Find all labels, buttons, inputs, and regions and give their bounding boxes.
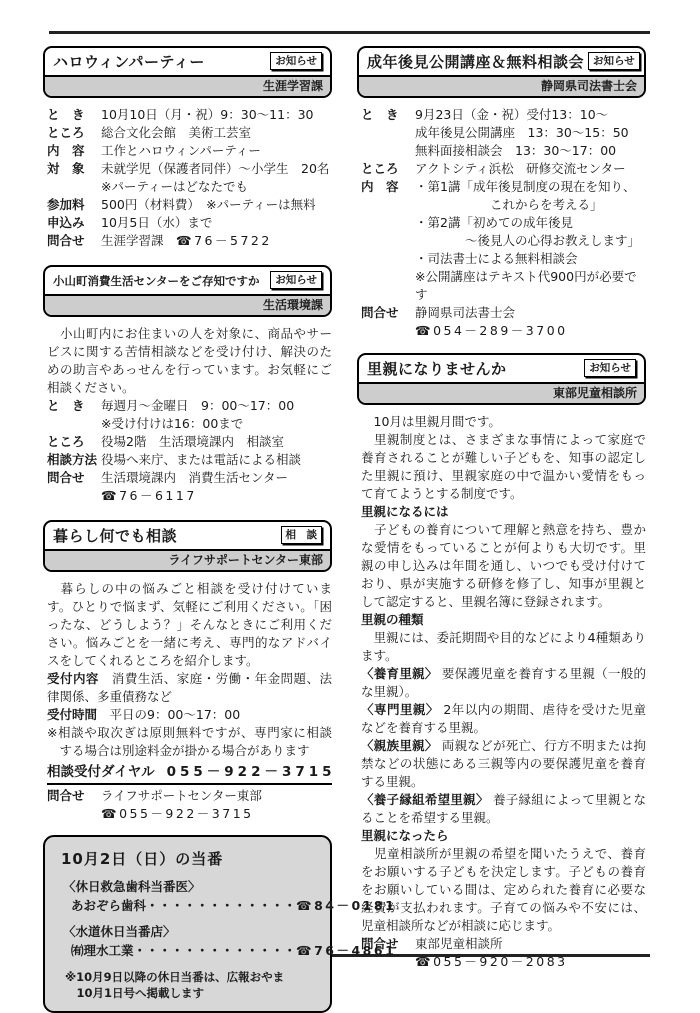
info-row: 参加料500円（材料費） ※パーティーは無料	[47, 196, 332, 214]
info-label: ところ	[361, 160, 411, 178]
section-guardianship-lecture: 成年後見公開講座＆無料相談会 お知らせ 静岡県司法書士会 と き9月23日（金・…	[357, 46, 646, 340]
notice-badge: お知らせ	[588, 52, 640, 70]
intro-paragraph: 小山町内にお住まいの人を対象に、商品やサービスに関する苦情相談などを受け付け、解…	[47, 325, 332, 397]
info-row: ところ総合文化会館 美術工芸室	[47, 124, 332, 142]
info-label	[361, 322, 411, 340]
info-row: 内 容工作とハロウィンパーティー	[47, 142, 332, 160]
info-label	[361, 124, 411, 142]
consultation-dial-line: 相談受付ダイヤル055－922－3715	[47, 762, 332, 785]
info-row: 内 容・第1講「成年後見制度の現在を知り、	[361, 178, 646, 196]
body-paragraph: 子どもの養育について理解と熱意を持ち、豊かな愛情をもっていることが何よりも大切で…	[361, 521, 646, 611]
reception-hours: 受付時間 平日の9：00～17：00	[47, 706, 332, 724]
info-value: 生活環境課内 消費生活センター	[101, 469, 332, 487]
duty-note: ※10月9日以降の休日当番は、広報おやま 10月1日号へ掲載します	[65, 969, 318, 1001]
section-consumer-center: 小山町消費生活センターをご存知ですか お知らせ 生活環境課 小山町内にお住まいの…	[43, 265, 332, 505]
info-value: ・第1講「成年後見制度の現在を知り、	[415, 178, 646, 196]
info-label	[361, 232, 411, 250]
fee-note: ※相談や取次ぎは原則無料ですが、専門家に相談する場合は別途料金が掛かる場合があり…	[47, 724, 332, 760]
info-label	[361, 250, 411, 268]
info-value: ライフサポートセンター東部	[101, 787, 332, 805]
header-title-row: 小山町消費生活センターをご存知ですか お知らせ	[45, 267, 330, 294]
info-value: ☎055－922－3715	[101, 805, 332, 823]
info-label: ところ	[47, 124, 97, 142]
header-title-row: 成年後見公開講座＆無料相談会 お知らせ	[359, 48, 644, 75]
info-label: 問合せ	[47, 232, 97, 250]
info-label	[361, 196, 411, 214]
department-label: 静岡県司法書士会	[359, 75, 644, 96]
info-row: ☎055－922－3715	[47, 805, 332, 823]
info-row: ☎76－6117	[47, 487, 332, 505]
info-label	[361, 142, 411, 160]
info-row: ところアクトシティ浜松 研修交流センター	[361, 160, 646, 178]
info-value: ～後見人の心得お教えします」	[415, 232, 646, 250]
info-value: 東部児童相談所	[415, 935, 646, 953]
info-value: 未就学児（保護者同伴）～小学生 20名	[101, 160, 332, 178]
notice-badge: お知らせ	[270, 52, 322, 70]
body-paragraph: 里親には、委託期間や目的などにより4種類あります。	[361, 629, 646, 665]
section-header: 成年後見公開講座＆無料相談会 お知らせ 静岡県司法書士会	[357, 46, 646, 98]
info-row: 無料面接相談会 13：30～17：00	[361, 142, 646, 160]
left-column: ハロウィンパーティー お知らせ 生涯学習課 と き10月10日（月・祝）9：30…	[43, 46, 332, 1013]
info-row: 問合せ静岡県司法書士会	[361, 304, 646, 322]
phone-number: ☎054－289－3700	[415, 323, 568, 338]
info-row: ・司法書士による無料相談会	[361, 250, 646, 268]
info-row: 対 象未就学児（保護者同伴）～小学生 20名	[47, 160, 332, 178]
info-label: 内 容	[361, 178, 411, 196]
info-row: と き毎週月～金曜日 9：00～17：00	[47, 397, 332, 415]
info-value: 毎週月～金曜日 9：00～17：00	[101, 397, 332, 415]
info-row: ※受け付けは16：00まで	[47, 415, 332, 433]
info-row: ところ役場2階 生活環境課内 相談室	[47, 433, 332, 451]
duty-roster-box: 10月2日（日）の当番 〈休日救急歯科当番医〉 あおぞら歯科・・・・・・・・・・…	[43, 835, 332, 1013]
section-header: ハロウィンパーティー お知らせ 生涯学習課	[43, 46, 332, 98]
info-value: ☎054－289－3700	[415, 322, 646, 340]
sub-heading: 里親になったら	[361, 827, 646, 845]
duty-group: 〈水道休日当番店〉 ㈲理水工業・・・・・・・・・・・・・☎76－4861	[63, 922, 318, 960]
section-life-consultation: 暮らし何でも相談 相 談 ライフサポートセンター東部 暮らしの中の悩みごと相談を…	[43, 520, 332, 823]
info-value: ・第2講「初めての成年後見	[415, 214, 646, 232]
info-value: 総合文化会館 美術工芸室	[101, 124, 332, 142]
header-title-row: 暮らし何でも相談 相 談	[45, 522, 330, 549]
page-top-rule	[49, 31, 650, 34]
right-column: 成年後見公開講座＆無料相談会 お知らせ 静岡県司法書士会 と き9月23日（金・…	[357, 46, 646, 986]
phone-number: ☎76－6117	[101, 488, 197, 503]
department-label: ライフサポートセンター東部	[45, 549, 330, 570]
section-header: 小山町消費生活センターをご存知ですか お知らせ 生活環境課	[43, 265, 332, 317]
sub-heading: 里親になるには	[361, 503, 646, 521]
info-label	[47, 178, 97, 196]
phone-number: ☎055－920－2083	[415, 954, 568, 969]
info-row: 問合せ生涯学習課 ☎76－5722	[47, 232, 332, 250]
section-header: 暮らし何でも相談 相 談 ライフサポートセンター東部	[43, 520, 332, 572]
section-body: と き10月10日（月・祝）9：30～11：30 ところ総合文化会館 美術工芸室…	[43, 98, 332, 250]
info-value: 工作とハロウィンパーティー	[101, 142, 332, 160]
body-paragraph: 児童相談所が里親の希望を聞いたうえで、養育をお願いする子どもを決定します。子ども…	[361, 845, 646, 935]
info-value: 役場2階 生活環境課内 相談室	[101, 433, 332, 451]
info-value: アクトシティ浜松 研修交流センター	[415, 160, 646, 178]
info-value: 役場へ来庁、または電話による相談	[101, 451, 332, 469]
info-label: 受付内容	[47, 671, 99, 686]
info-value: 9月23日（金・祝）受付13：10～	[415, 106, 646, 124]
info-label: ところ	[47, 433, 97, 451]
info-value: 10月10日（月・祝）9：30～11：30	[101, 106, 332, 124]
consultation-badge: 相 談	[281, 526, 323, 544]
info-label: と き	[47, 397, 97, 415]
info-value: ※公開講座はテキスト代900円が必要です	[415, 268, 646, 304]
info-value: ☎055－920－2083	[415, 953, 646, 971]
section-body: と き9月23日（金・祝）受付13：10～ 成年後見公開講座 13：30～15：…	[357, 98, 646, 340]
foster-type: 〈養子縁組希望里親〉 養子縁組によって里親となることを希望する里親。	[361, 791, 646, 827]
section-title: 成年後見公開講座＆無料相談会	[367, 51, 584, 72]
info-label: 対 象	[47, 160, 97, 178]
info-label: と き	[361, 106, 411, 124]
section-body: 10月は里親月間です。 里親制度とは、さまざまな事情によって家庭で養育されること…	[357, 405, 646, 971]
info-label	[47, 487, 97, 505]
info-label: 申込み	[47, 214, 97, 232]
info-row: これからを考える」	[361, 196, 646, 214]
foster-type: 〈養育里親〉 要保護児童を養育する里親（一般的な里親）。	[361, 665, 646, 701]
info-label	[361, 953, 411, 971]
info-row: 問合せライフサポートセンター東部	[47, 787, 332, 805]
reception-content: 受付内容 消費生活、家庭・労働・年金問題、法律関係、多重債務など	[47, 670, 332, 706]
info-label: 問合せ	[47, 469, 97, 487]
info-row: ～後見人の心得お教えします」	[361, 232, 646, 250]
body-paragraph: 里親制度とは、さまざまな事情によって家庭で養育されることが難しい子どもを、知事の…	[361, 431, 646, 503]
info-row: と き10月10日（月・祝）9：30～11：30	[47, 106, 332, 124]
duty-line: ㈲理水工業・・・・・・・・・・・・・☎76－4861	[63, 941, 318, 960]
info-row: ☎054－289－3700	[361, 322, 646, 340]
info-value: 10月5日（水）まで	[101, 214, 332, 232]
info-value: ※受け付けは16：00まで	[101, 415, 332, 433]
section-title: 小山町消費生活センターをご存知ですか	[53, 273, 260, 289]
info-value: 無料面接相談会 13：30～17：00	[415, 142, 646, 160]
info-row: 相談方法役場へ来庁、または電話による相談	[47, 451, 332, 469]
foster-type: 〈親族里親〉 両親などが死亡、行方不明または拘禁などの状態にある三親等内の要保護…	[361, 737, 646, 791]
section-body: 小山町内にお住まいの人を対象に、商品やサービスに関する苦情相談などを受け付け、解…	[43, 317, 332, 505]
section-header: 里親になりませんか お知らせ 東部児童相談所	[357, 353, 646, 405]
info-value: ・司法書士による無料相談会	[415, 250, 646, 268]
department-label: 生活環境課	[45, 294, 330, 315]
info-label: 参加料	[47, 196, 97, 214]
section-title: 暮らし何でも相談	[53, 525, 177, 546]
info-value: 500円（材料費） ※パーティーは無料	[101, 196, 332, 214]
info-label: 問合せ	[361, 935, 411, 953]
info-value: 成年後見公開講座 13：30～15：50	[415, 124, 646, 142]
info-label: 内 容	[47, 142, 97, 160]
info-row: 問合せ生活環境課内 消費生活センター	[47, 469, 332, 487]
duty-group: 〈休日救急歯科当番医〉 あおぞら歯科・・・・・・・・・・・・☎84－0181	[63, 877, 318, 915]
notice-badge: お知らせ	[270, 271, 322, 289]
info-label: と き	[47, 106, 97, 124]
body-paragraph: 10月は里親月間です。	[361, 413, 646, 431]
header-title-row: 里親になりませんか お知らせ	[359, 355, 644, 382]
header-title-row: ハロウィンパーティー お知らせ	[45, 48, 330, 75]
info-label: 相談方法	[47, 451, 97, 469]
info-value: 静岡県司法書士会	[415, 304, 646, 322]
sub-heading: 里親の種類	[361, 611, 646, 629]
section-title: ハロウィンパーティー	[53, 51, 205, 72]
phone-number: ☎76－5722	[176, 233, 272, 248]
dial-label: 相談受付ダイヤル	[47, 764, 155, 780]
section-title: 里親になりませんか	[367, 358, 507, 379]
phone-number: ☎055－922－3715	[101, 806, 254, 821]
info-row: ・第2講「初めての成年後見	[361, 214, 646, 232]
section-halloween-party: ハロウィンパーティー お知らせ 生涯学習課 と き10月10日（月・祝）9：30…	[43, 46, 332, 250]
info-value: 生涯学習課 ☎76－5722	[101, 232, 332, 250]
info-label	[361, 268, 411, 304]
info-label: 問合せ	[361, 304, 411, 322]
duty-line: あおぞら歯科・・・・・・・・・・・・☎84－0181	[63, 896, 318, 915]
info-value: これからを考える」	[415, 196, 646, 214]
duty-title: 10月2日（日）の当番	[61, 848, 318, 869]
info-row: 問合せ東部児童相談所	[361, 935, 646, 953]
info-label	[47, 415, 97, 433]
department-label: 東部児童相談所	[359, 382, 644, 403]
foster-type: 〈専門里親〉 2年以内の期間、虐待を受けた児童などを養育する里親。	[361, 701, 646, 737]
info-row: ※パーティーはどなたでも	[47, 178, 332, 196]
info-value: ※パーティーはどなたでも	[101, 178, 332, 196]
info-row: 申込み10月5日（水）まで	[47, 214, 332, 232]
info-row: ☎055－920－2083	[361, 953, 646, 971]
duty-heading: 〈水道休日当番店〉	[63, 922, 318, 941]
info-row: 成年後見公開講座 13：30～15：50	[361, 124, 646, 142]
section-body: 暮らしの中の悩みごと相談を受け付けています。ひとりで悩まず、気軽にご利用ください…	[43, 572, 332, 823]
info-row: ※公開講座はテキスト代900円が必要です	[361, 268, 646, 304]
notice-badge: お知らせ	[584, 359, 636, 377]
info-row: と き9月23日（金・祝）受付13：10～	[361, 106, 646, 124]
info-label	[47, 805, 97, 823]
section-foster-parent: 里親になりませんか お知らせ 東部児童相談所 10月は里親月間です。 里親制度と…	[357, 353, 646, 971]
intro-paragraph: 暮らしの中の悩みごと相談を受け付けています。ひとりで悩まず、気軽にご利用ください…	[47, 580, 332, 670]
info-label: 受付時間	[47, 707, 97, 722]
department-label: 生涯学習課	[45, 75, 330, 96]
phone-number: 055－922－3715	[167, 764, 336, 780]
info-value: ☎76－6117	[101, 487, 332, 505]
info-label: 問合せ	[47, 787, 97, 805]
info-label	[361, 214, 411, 232]
duty-heading: 〈休日救急歯科当番医〉	[63, 877, 318, 896]
